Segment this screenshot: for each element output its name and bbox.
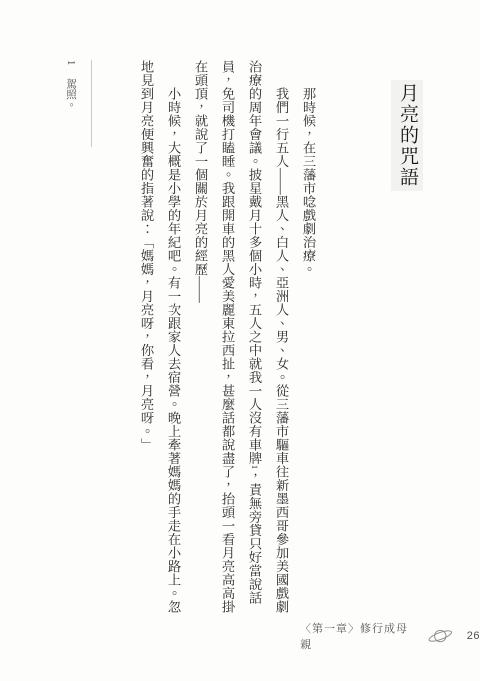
body-text: 那時候，在三藩市唸戲劇治療。 我們一行五人——黑人、白人、亞洲人、男、女。從三藩… [133, 60, 322, 622]
page-footer: 〈第一章〉修行成母親 26 [300, 620, 480, 652]
footnote: 1駕照。 [63, 60, 78, 110]
paragraph-3-text: 小時候，大概是小學的年紀吧。有一次跟家人去宿營。晚上牽著媽媽的手走在小路上。忽地… [139, 60, 181, 613]
footnote-divider [91, 60, 92, 147]
saturn-icon [426, 626, 455, 646]
chapter-running-head: 〈第一章〉修行成母親 [300, 620, 414, 652]
footnote-number: 1 [65, 60, 76, 65]
chapter-title: 月亮的咒語 [391, 80, 423, 191]
paragraph-2: 我們一行五人——黑人、白人、亞洲人、男、女。從三藩市驅車往新墨西哥參加美國戲劇治… [187, 60, 295, 622]
footnote-spacer [70, 65, 71, 78]
book-page: 月亮的咒語 那時候，在三藩市唸戲劇治療。 我們一行五人——黑人、白人、亞洲人、男… [0, 0, 480, 681]
paragraph-1-text: 那時候，在三藩市唸戲劇治療。 [301, 87, 316, 276]
footnote-text: 駕照。 [65, 78, 76, 110]
paragraph-1: 那時候，在三藩市唸戲劇治療。 [295, 60, 322, 622]
paragraph-3: 小時候，大概是小學的年紀吧。有一次跟家人去宿營。晚上牽著媽媽的手走在小路上。忽地… [133, 60, 187, 622]
page-number: 26 [467, 630, 480, 642]
